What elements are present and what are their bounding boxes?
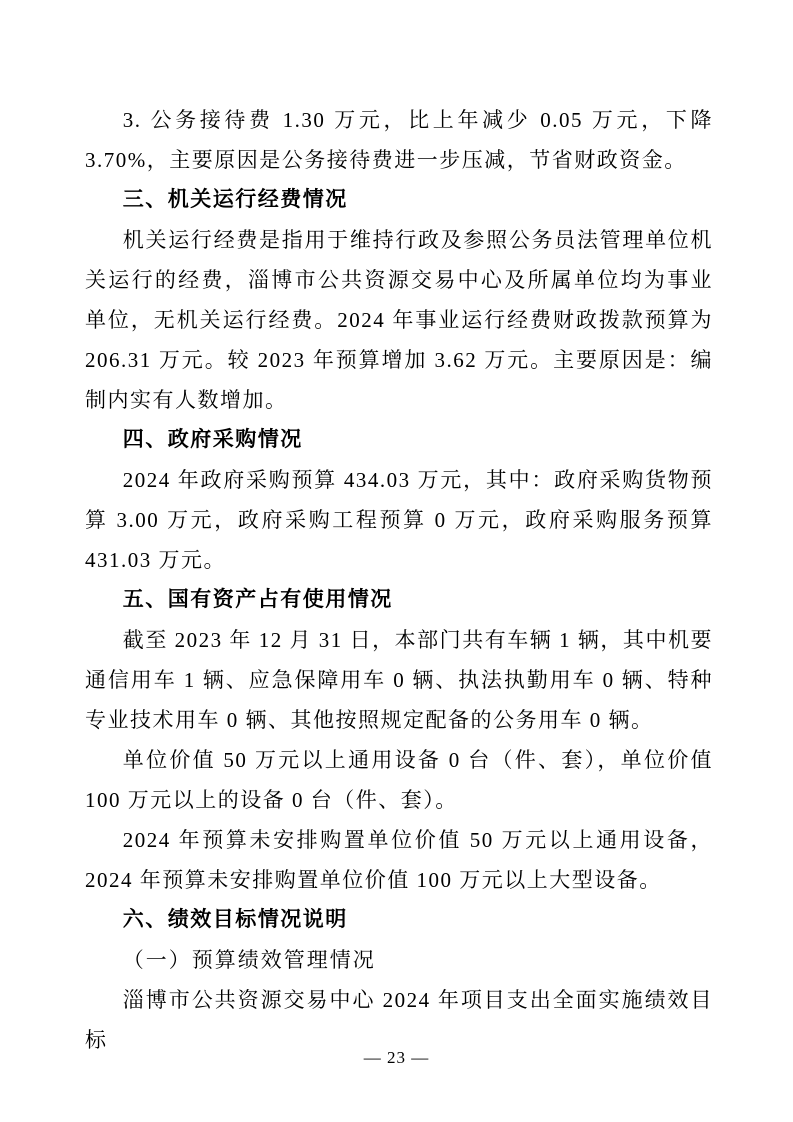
para-reception-expense: 3. 公务接待费 1.30 万元，比上年减少 0.05 万元，下降 3.70%，… [85,100,713,180]
heading-section-four-government-procurement: 四、政府采购情况 [85,420,713,460]
subheading-budget-performance-management: （一）预算绩效管理情况 [85,940,713,980]
para-equipment-holdings: 单位价值 50 万元以上通用设备 0 台（件、套），单位价值 100 万元以上的… [85,740,713,820]
para-operating-funds-detail: 机关运行经费是指用于维持行政及参照公务员法管理单位机关运行的经费，淄博市公共资源… [85,220,713,420]
document-page: 3. 公务接待费 1.30 万元，比上年减少 0.05 万元，下降 3.70%，… [0,0,793,1122]
page-number: — 23 — [0,1048,793,1068]
heading-section-six-performance-targets: 六、绩效目标情况说明 [85,900,713,940]
heading-section-five-state-assets: 五、国有资产占有使用情况 [85,580,713,620]
para-vehicles-detail: 截至 2023 年 12 月 31 日，本部门共有车辆 1 辆，其中机要通信用车… [85,620,713,740]
para-equipment-budget-plan: 2024 年预算未安排购置单位价值 50 万元以上通用设备，2024 年预算未安… [85,820,713,900]
document-body: 3. 公务接待费 1.30 万元，比上年减少 0.05 万元，下降 3.70%，… [85,100,713,1060]
para-procurement-detail: 2024 年政府采购预算 434.03 万元，其中：政府采购货物预算 3.00 … [85,460,713,580]
heading-section-three-agency-operating-funds: 三、机关运行经费情况 [85,180,713,220]
